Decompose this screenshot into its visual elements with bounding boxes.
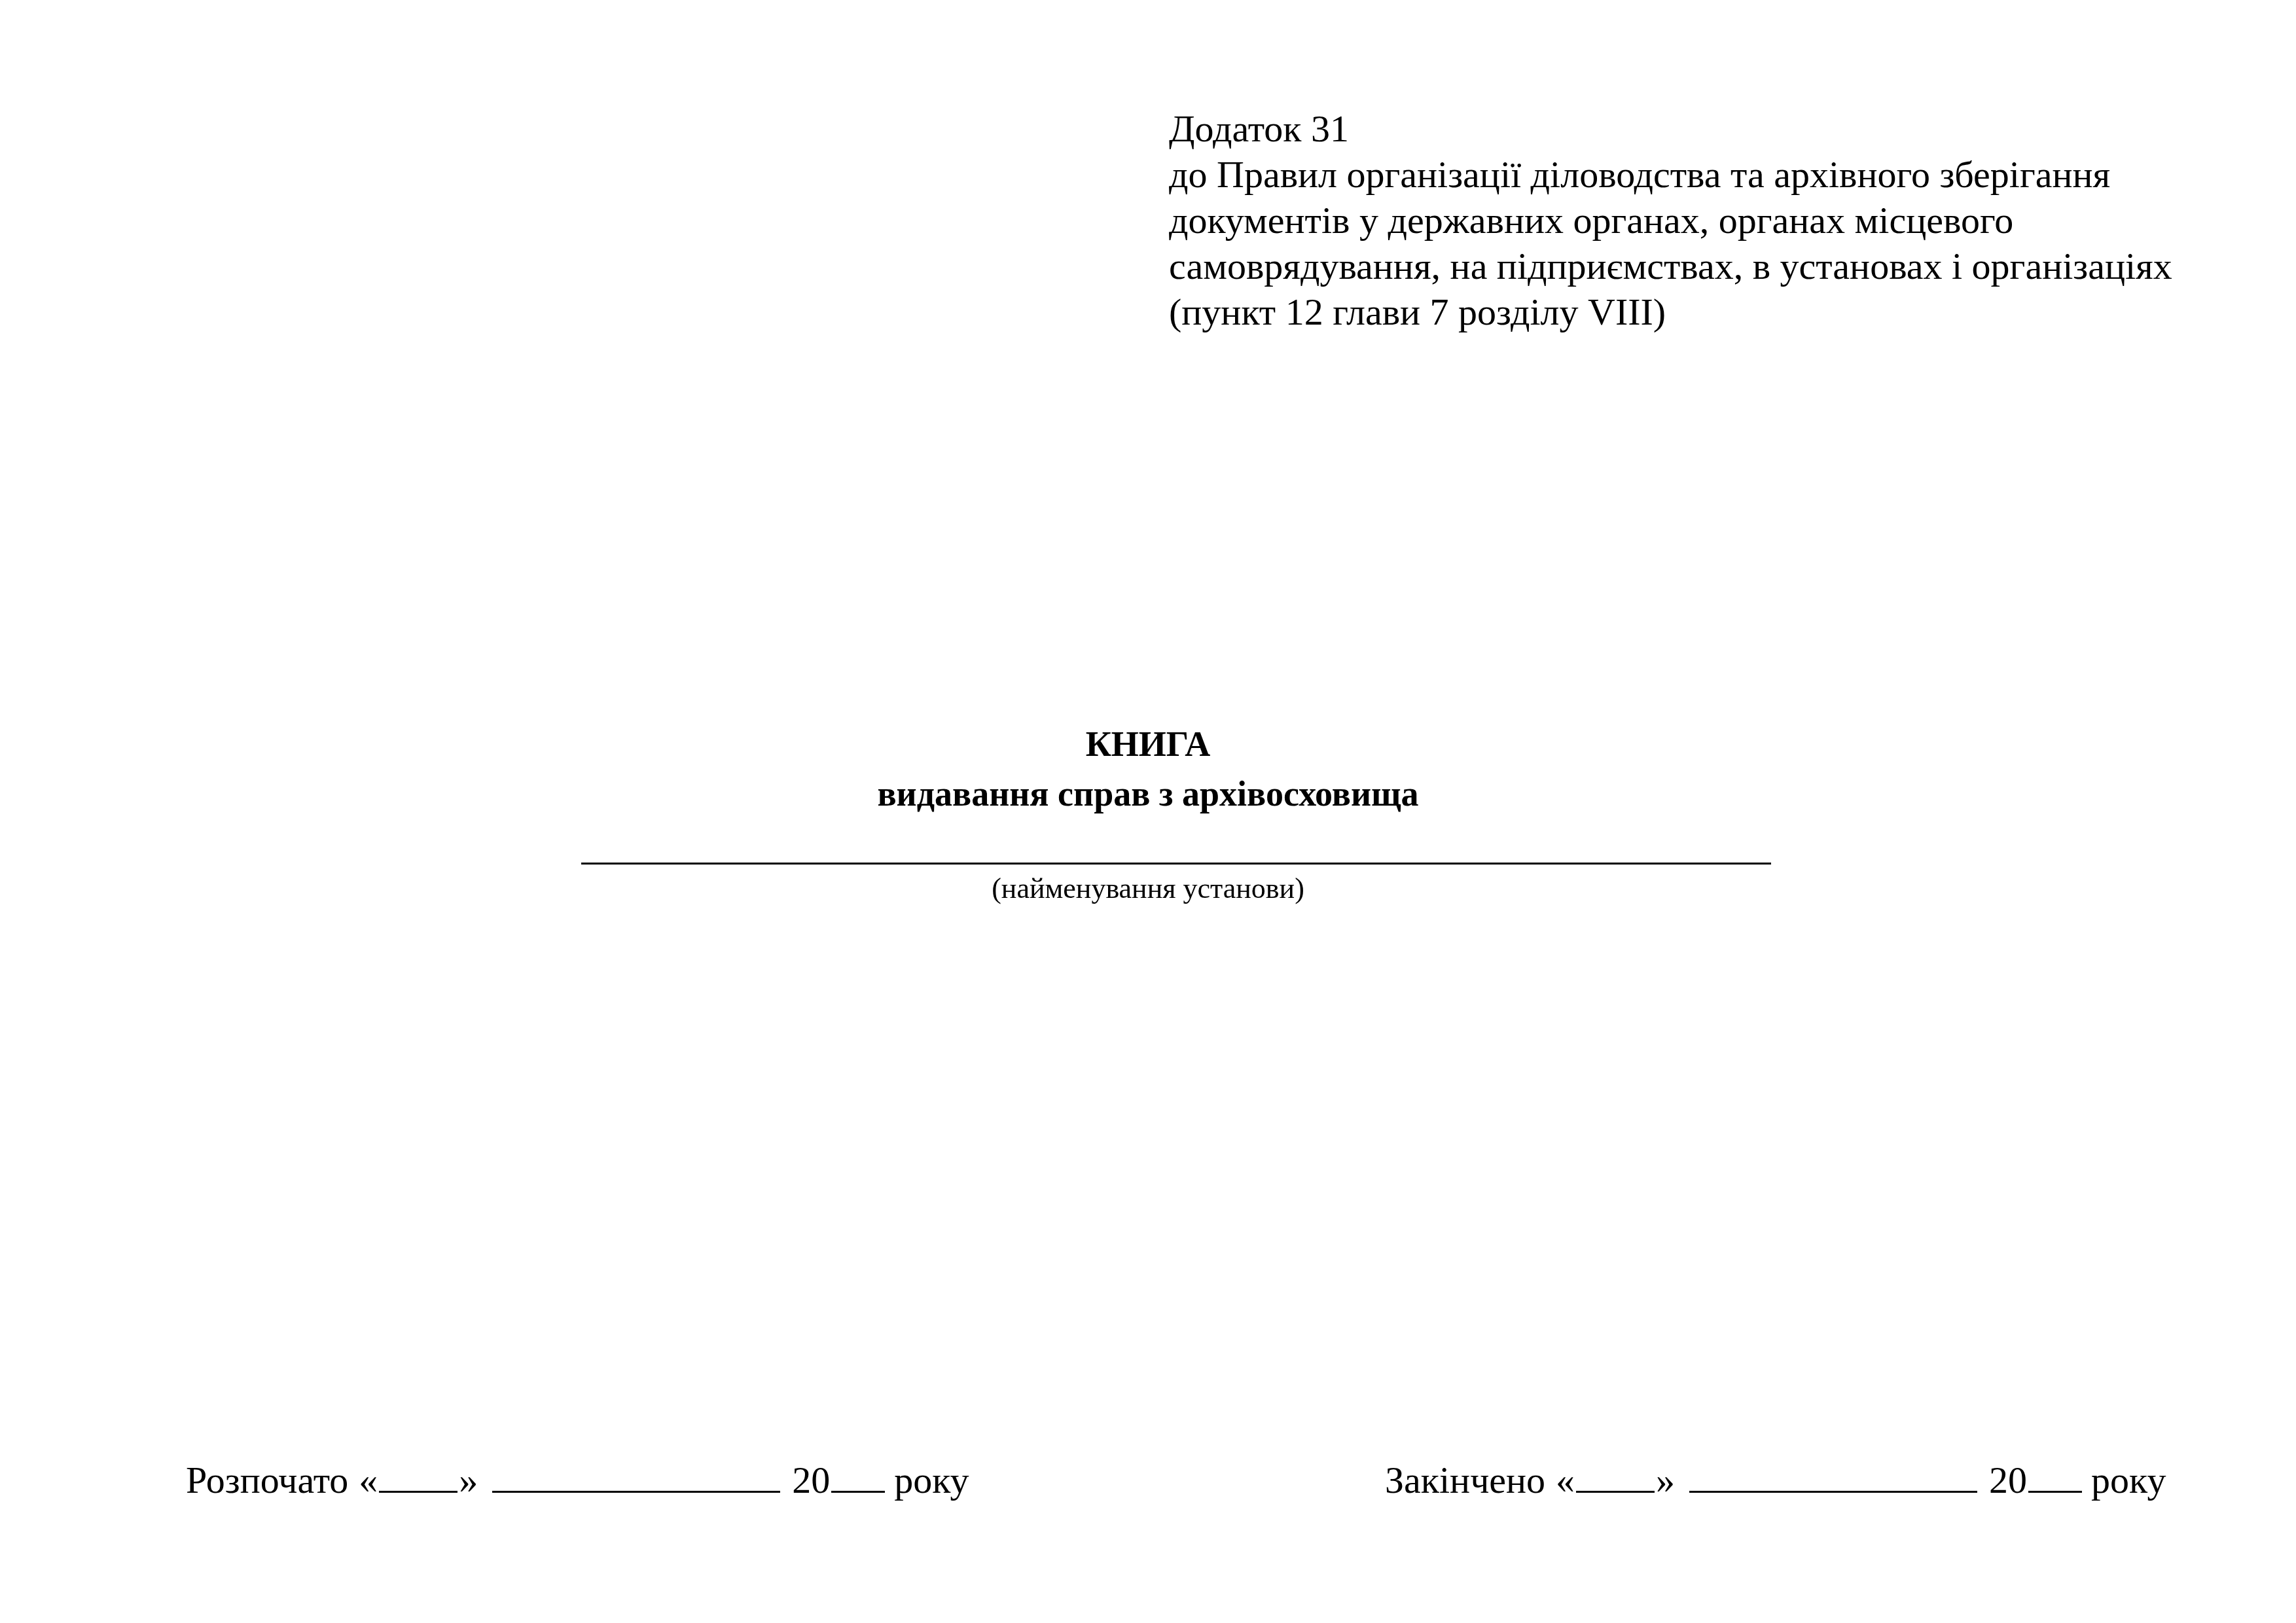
end-year-field[interactable]: [2028, 1457, 2082, 1493]
institution-name-caption: (найменування установи): [0, 870, 2296, 907]
open-quote: «: [1556, 1457, 1575, 1503]
institution-name-field[interactable]: [581, 863, 1771, 865]
end-month-field[interactable]: [1689, 1457, 1977, 1493]
start-year-field[interactable]: [831, 1457, 885, 1493]
appendix-line: документів у державних органах, органах …: [1169, 198, 2229, 243]
appendix-reference: Додаток 31 до Правил організації діловод…: [1169, 106, 2229, 335]
start-date-line: Розпочато « » 20 року: [186, 1457, 969, 1503]
start-year-prefix: 20: [792, 1457, 830, 1503]
close-quote: »: [1656, 1457, 1675, 1503]
end-year-suffix: року: [2091, 1457, 2166, 1503]
end-date-label: Закінчено: [1385, 1457, 1545, 1503]
document-page: Додаток 31 до Правил організації діловод…: [0, 0, 2296, 1623]
appendix-clause: (пункт 12 глави 7 розділу VIII): [1169, 289, 2229, 335]
open-quote: «: [359, 1457, 378, 1503]
appendix-line: до Правил організації діловодства та арх…: [1169, 152, 2229, 198]
start-day-field[interactable]: [379, 1457, 457, 1493]
end-date-line: Закінчено « » 20 року: [1385, 1457, 2166, 1503]
document-subtitle: видавання справ з архівосховища: [0, 771, 2296, 817]
appendix-number: Додаток 31: [1169, 106, 2229, 152]
end-day-field[interactable]: [1576, 1457, 1655, 1493]
close-quote: »: [459, 1457, 478, 1503]
start-date-label: Розпочато: [186, 1457, 348, 1503]
end-year-prefix: 20: [1989, 1457, 2027, 1503]
appendix-line: самоврядування, на підприємствах, в уста…: [1169, 243, 2229, 289]
start-month-field[interactable]: [492, 1457, 780, 1493]
start-year-suffix: року: [894, 1457, 969, 1503]
document-title: КНИГА: [0, 721, 2296, 767]
